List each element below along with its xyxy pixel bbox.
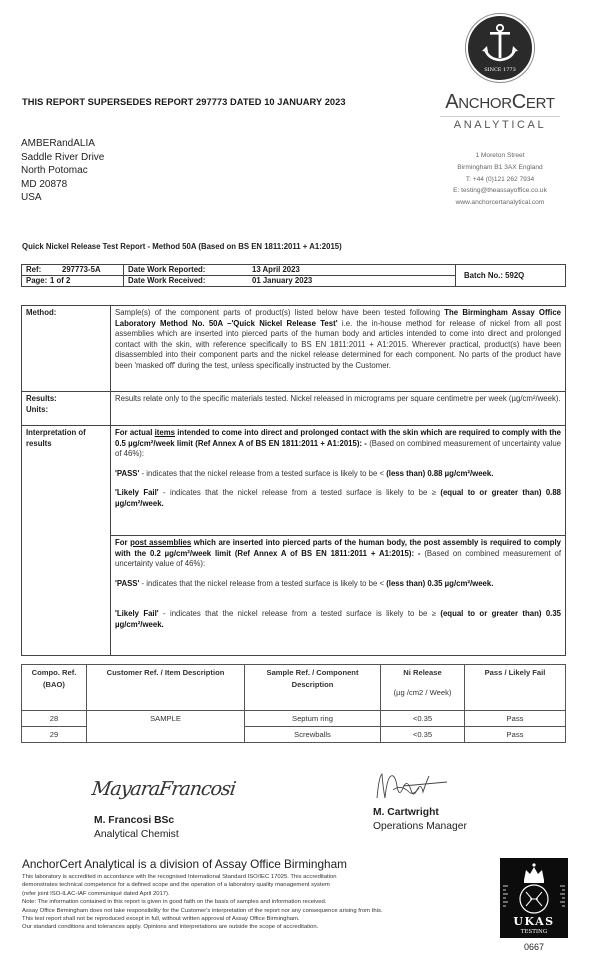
footer-notes: This laboratory is accredited in accorda… (22, 873, 472, 932)
footer-line: demonstrates technical competence for a … (22, 881, 472, 889)
results-text: Results relate only to the specific mate… (111, 392, 566, 426)
contact-email[interactable]: E: testing@theassayoffice.co.uk (430, 185, 570, 197)
signer-name: M. Francosi BSc (94, 814, 179, 828)
page-value: 1 of 2 (50, 276, 70, 285)
header-ni-release: Ni Release(µg /cm2 / Week) (381, 665, 465, 711)
svg-text:UKAS: UKAS (513, 915, 554, 928)
ref-value: 297773-5A (62, 265, 101, 274)
date-reported-value: 13 April 2023 (252, 265, 300, 274)
results-label: Results:Units: (22, 392, 111, 426)
signer-cartwright: M. Cartwright Operations Manager (373, 806, 467, 834)
signer-title: Operations Manager (373, 820, 467, 834)
ni-release: <0.35 (381, 727, 465, 743)
svg-text:TESTING: TESTING (521, 929, 548, 935)
divider (440, 116, 560, 117)
component: Septum ring (245, 711, 381, 727)
address-line: Saddle River Drive (21, 151, 104, 165)
customer-address: AMBERandALIA Saddle River Drive North Po… (21, 137, 104, 205)
table-row: 28 SAMPLE Septum ring <0.35 Pass (22, 711, 566, 727)
ref-table: Ref:297773-5A Date Work Reported:13 Apri… (21, 264, 566, 287)
brand-subtitle: ANALYTICAL (430, 119, 570, 131)
anchor-icon: SINCE 1773 (466, 14, 534, 82)
address-line: AMBERandALIA (21, 137, 104, 151)
footer-line: This laboratory is accredited in accorda… (22, 873, 472, 881)
header-pass-fail: Pass / Likely Fail (465, 665, 566, 711)
contact-street: 1 Moreton Street (430, 150, 570, 162)
svg-text:SINCE 1773: SINCE 1773 (484, 67, 516, 73)
signature-francosi: MayaraFrancosi (90, 778, 236, 800)
contact-city: Birmingham B1 3AX England (430, 162, 570, 174)
signer-title: Analytical Chemist (94, 828, 179, 842)
method-table: Method: Sample(s) of the component parts… (21, 305, 566, 656)
signer-francosi: M. Francosi BSc Analytical Chemist (94, 814, 179, 842)
address-line: North Potomac (21, 164, 104, 178)
address-line: USA (21, 191, 104, 205)
interpretation-items: For actual items intended to come into d… (111, 426, 566, 536)
result: Pass (465, 711, 566, 727)
contact-details: 1 Moreton Street Birmingham B1 3AX Engla… (430, 150, 570, 209)
header-sample-ref: Sample Ref. / Component Description (245, 665, 381, 711)
supersede-notice: THIS REPORT SUPERSEDES REPORT 297773 DAT… (22, 97, 346, 107)
header-compo-ref: Compo. Ref. (BAO) (22, 665, 87, 711)
address-line: MD 20878 (21, 178, 104, 192)
page-label: Page: (26, 276, 50, 286)
ni-release: <0.35 (381, 711, 465, 727)
footer-line: Our standard conditions and tolerances a… (22, 923, 472, 931)
brand-name: ANCHORCERT (430, 92, 570, 114)
results-table: Compo. Ref. (BAO) Customer Ref. / Item D… (21, 664, 566, 743)
method-text: Sample(s) of the component parts of prod… (111, 306, 566, 392)
component: Screwballs (245, 727, 381, 743)
compo-ref: 28 (22, 711, 87, 727)
header-customer-ref: Customer Ref. / Item Description (87, 665, 245, 711)
contact-website[interactable]: www.anchorcertanalytical.com (430, 197, 570, 209)
interpretation-label: Interpretation of results (22, 426, 111, 656)
footer-line: This test report shall not be reproduced… (22, 915, 472, 923)
compo-ref: 29 (22, 727, 87, 743)
date-reported-label: Date Work Reported: (128, 265, 252, 275)
signature-cartwright (373, 768, 453, 809)
interpretation-posts: For post assemblies which are inserted i… (111, 536, 566, 656)
method-label: Method: (22, 306, 111, 392)
ref-label: Ref: (26, 265, 62, 275)
footer-line: (refer joint ISO-ILAC-IAF communiqué dat… (22, 890, 472, 898)
customer-ref: SAMPLE (87, 711, 245, 743)
batch-number: Batch No.: 592Q (456, 265, 566, 287)
date-received-label: Date Work Received: (128, 276, 252, 286)
result: Pass (465, 727, 566, 743)
contact-phone: T: +44 (0)121 262 7934 (430, 174, 570, 186)
date-received-value: 01 January 2023 (252, 276, 312, 285)
footer-line: Assay Office Birmingham does not take re… (22, 907, 472, 915)
footer-line: Note: The information contained in this … (22, 898, 472, 906)
footer-heading: AnchorCert Analytical is a division of A… (22, 857, 347, 871)
ukas-number: 0667 (500, 942, 568, 952)
ukas-crown-icon: UKAS TESTING (500, 858, 568, 938)
anchorcert-logo: SINCE 1773 ANCHORCERT ANALYTICAL (430, 14, 570, 131)
report-title: Quick Nickel Release Test Report - Metho… (22, 242, 342, 251)
signer-name: M. Cartwright (373, 806, 467, 820)
